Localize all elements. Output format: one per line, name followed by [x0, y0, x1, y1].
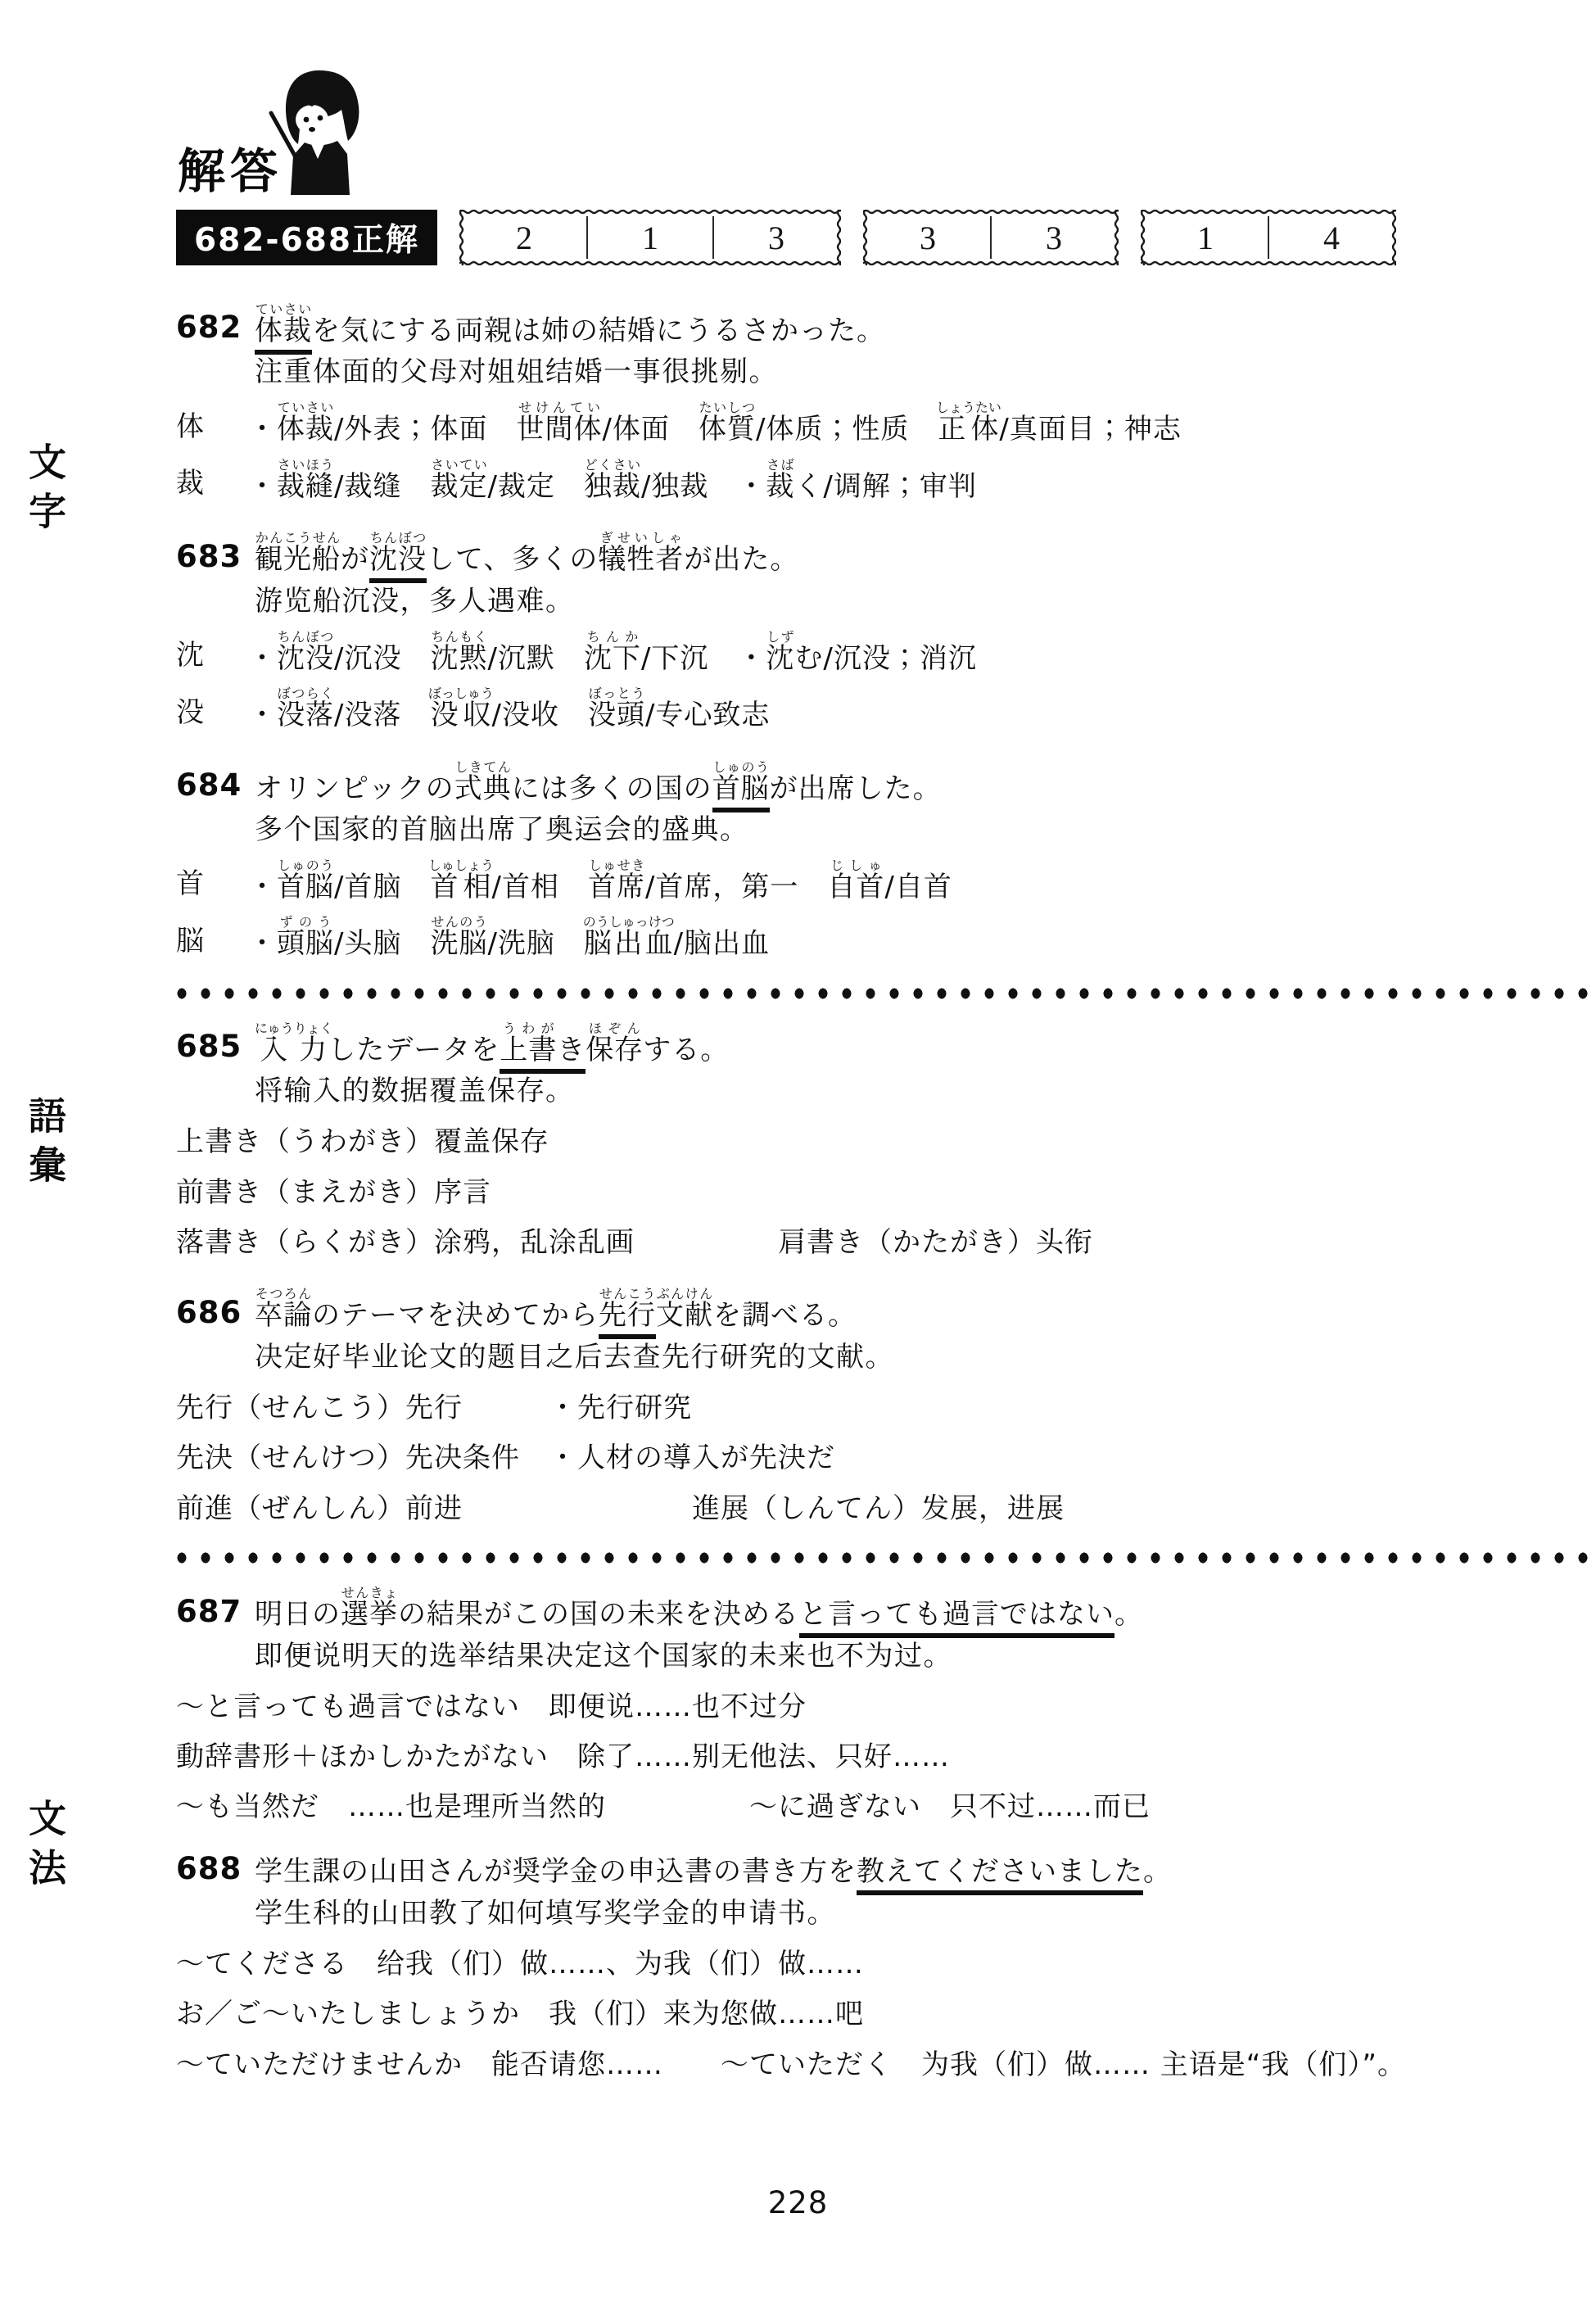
answer-item-685: 685 入力にゅうりょくしたデータを上書うわがき保存ほぞんする。 将输入的数据覆…	[176, 1021, 1568, 1259]
margin-label-bunpo: 文法	[18, 1799, 72, 1897]
vocab-content: ・体裁ていさい/外表；体面 世間体せけんてい/体面 体質たいしつ/体质；性质 正…	[248, 400, 1182, 445]
item-sentence: 学生課の山田さんが奨学金の申込書の書き方を教えてくださいました。	[255, 1857, 1172, 1887]
vocab-content: ・没落ぼつらく/没落 没収ぼっしゅう/没收 没頭ぼっとう/专心致志	[248, 686, 770, 731]
vocab-kanji-label: 脳	[176, 918, 248, 960]
vocab-row: 沈 ・沈没ちんぼつ/沉没 沈黙ちんもく/沉默 沈下ちんか/下沉 ・沈しずむ/沉没…	[176, 629, 1568, 674]
item-translation: 将输入的数据覆盖保存。	[255, 1075, 1568, 1107]
item-sentence: 観光船かんこうせんが沈没ちんぼつして、多くの犠牲者ぎせいしゃが出た。	[255, 530, 798, 575]
item-translation: 决定好毕业论文的题目之后去查先行研究的文献。	[255, 1342, 1568, 1374]
grammar-note-line: お／ご～いたしましょうか 我（们）来为您做……吧	[176, 1999, 1568, 2030]
answer-cell-686: 3	[990, 216, 1116, 259]
answer-item-687: 687 明日の選挙せんきょの結果がこの国の未来を決めると言っても過言ではない。 …	[176, 1585, 1568, 1823]
item-sentence: 体裁ていさいを気にする両親は姉の結婚にうるさかった。	[255, 301, 885, 346]
textbook-answer-page: 文字 語彙 文法 解答 682-688正解 2	[0, 0, 1596, 2322]
item-sentence: オリンピックの式典しきてんには多くの国の首脳しゅのうが出席した。	[255, 759, 942, 804]
answer-group-2: 3 3	[863, 210, 1119, 265]
teacher-girl-illustration	[269, 67, 368, 203]
item-number: 685	[176, 1029, 255, 1066]
vocab-note-line: 前書き（まえがき）序言	[176, 1178, 1568, 1208]
vocab-note-line: 先行（せんこう）先行 ・先行研究	[176, 1393, 1568, 1424]
answer-item-682: 682 体裁ていさいを気にする両親は姉の結婚にうるさかった。 注重体面的父母对姐…	[176, 301, 1568, 502]
item-translation: 多个国家的首脑出席了奥运会的盛典。	[255, 814, 1568, 846]
item-number: 683	[176, 539, 255, 576]
dotted-section-divider	[176, 1552, 1596, 1564]
item-number: 682	[176, 310, 255, 346]
margin-label-goi: 語彙	[18, 1096, 72, 1194]
grammar-note-line: ～てくださる 给我（们）做……、为我（们）做……	[176, 1949, 1568, 1980]
vocab-row: 脳 ・頭脳ずのう/头脑 洗脳せんのう/洗脑 脳出血のうしゅっけつ/脑出血	[176, 914, 1568, 959]
vocab-note-line: 落書き（らくがき）涂鸦，乱涂乱画 肩書き（かたがき）头衔	[176, 1228, 1568, 1258]
grammar-note-line: 動辞書形＋ほかしかたがない 除了……别无他法、只好……	[176, 1742, 1568, 1772]
answer-items: 682 体裁ていさいを気にする両親は姉の結婚にうるさかった。 注重体面的父母对姐…	[176, 301, 1568, 2108]
vocab-kanji-label: 裁	[176, 460, 248, 502]
vocab-note-line: 先決（せんけつ）先决条件 ・人材の導入が先決だ	[176, 1443, 1568, 1473]
vocab-kanji-label: 沈	[176, 632, 248, 674]
vocab-kanji-label: 体	[176, 404, 248, 446]
grammar-note-line: ～も当然だ ……也是理所当然的 ～に過ぎない 只不过……而已	[176, 1792, 1568, 1822]
vocab-content: ・裁縫さいほう/裁缝 裁定さいてい/裁定 独裁どくさい/独裁 ・裁さばく/调解；…	[248, 457, 977, 502]
answer-cell-688: 4	[1268, 216, 1394, 259]
vocab-content: ・頭脳ずのう/头脑 洗脳せんのう/洗脑 脳出血のうしゅっけつ/脑出血	[248, 914, 770, 959]
vocab-row: 体 ・体裁ていさい/外表；体面 世間体せけんてい/体面 体質たいしつ/体质；性质…	[176, 400, 1568, 445]
answer-cell-685: 3	[866, 216, 990, 259]
item-sentence: 明日の選挙せんきょの結果がこの国の未来を決めると言っても過言ではない。	[255, 1585, 1143, 1630]
page-number: 228	[0, 2185, 1596, 2220]
answer-group-3: 1 4	[1141, 210, 1396, 265]
answer-cell-682: 2	[462, 216, 586, 259]
item-translation: 游览船沉没，多人遇难。	[255, 586, 1568, 618]
grammar-note-line: ～と言っても過言ではない 即便说……也不过分	[176, 1692, 1568, 1722]
item-number: 687	[176, 1594, 255, 1631]
vocab-row: 首 ・首脳しゅのう/首脑 首相しゅしょう/首相 首席しゅせき/首席，第一 自首じ…	[176, 858, 1568, 903]
vocab-kanji-label: 没	[176, 690, 248, 731]
item-number: 686	[176, 1295, 255, 1332]
answer-strip: 682-688正解 2 1 3 3 3 1 4	[176, 210, 1563, 265]
grammar-note-line: ～ていただけませんか 能否请您…… ～ていただく 为我（们）做…… 主语是“我（…	[176, 2050, 1568, 2080]
vocab-row: 裁 ・裁縫さいほう/裁缝 裁定さいてい/裁定 独裁どくさい/独裁 ・裁さばく/调…	[176, 457, 1568, 502]
answer-item-686: 686 卒論そつろんのテーマを決めてから先行せんこう文献ぶんけんを調べる。 决定…	[176, 1286, 1568, 1524]
answer-group-1: 2 1 3	[459, 210, 841, 265]
dotted-section-divider	[176, 988, 1596, 999]
girl-with-pointer-icon	[269, 67, 368, 200]
answer-item-688: 688 学生課の山田さんが奨学金の申込書の書き方を教えてくださいました。 学生科…	[176, 1851, 1568, 2080]
margin-label-moji: 文字	[18, 442, 72, 541]
vocab-kanji-label: 首	[176, 861, 248, 903]
item-number: 688	[176, 1851, 255, 1888]
answer-item-684: 684 オリンピックの式典しきてんには多くの国の首脳しゅのうが出席した。 多个国…	[176, 759, 1568, 960]
answer-range-label: 682-688正解	[176, 210, 437, 265]
item-translation: 注重体面的父母对姐姐结婚一事很挑剔。	[255, 356, 1568, 388]
answer-item-683: 683 観光船かんこうせんが沈没ちんぼつして、多くの犠牲者ぎせいしゃが出た。 游…	[176, 530, 1568, 731]
vocab-note-line: 上書き（うわがき）覆盖保存	[176, 1127, 1568, 1157]
page-title: 解答	[178, 133, 283, 201]
item-translation: 即便说明天的选举结果决定这个国家的未来也不为过。	[255, 1641, 1568, 1672]
answer-cell-683: 1	[586, 216, 712, 259]
answer-cell-687: 1	[1143, 216, 1268, 259]
vocab-content: ・沈没ちんぼつ/沉没 沈黙ちんもく/沉默 沈下ちんか/下沉 ・沈しずむ/沉没；消…	[248, 629, 977, 674]
item-number: 684	[176, 767, 255, 804]
vocab-content: ・首脳しゅのう/首脑 首相しゅしょう/首相 首席しゅせき/首席，第一 自首じしゅ…	[248, 858, 952, 903]
vocab-note-line: 前進（ぜんしん）前进 進展（しんてん）发展，进展	[176, 1494, 1568, 1524]
vocab-row: 没 ・没落ぼつらく/没落 没収ぼっしゅう/没收 没頭ぼっとう/专心致志	[176, 686, 1568, 731]
item-sentence: 入力にゅうりょくしたデータを上書うわがき保存ほぞんする。	[255, 1021, 729, 1066]
item-translation: 学生科的山田教了如何填写奖学金的申请书。	[255, 1898, 1568, 1930]
item-sentence: 卒論そつろんのテーマを決めてから先行せんこう文献ぶんけんを調べる。	[255, 1286, 857, 1331]
answer-cell-684: 3	[712, 216, 839, 259]
